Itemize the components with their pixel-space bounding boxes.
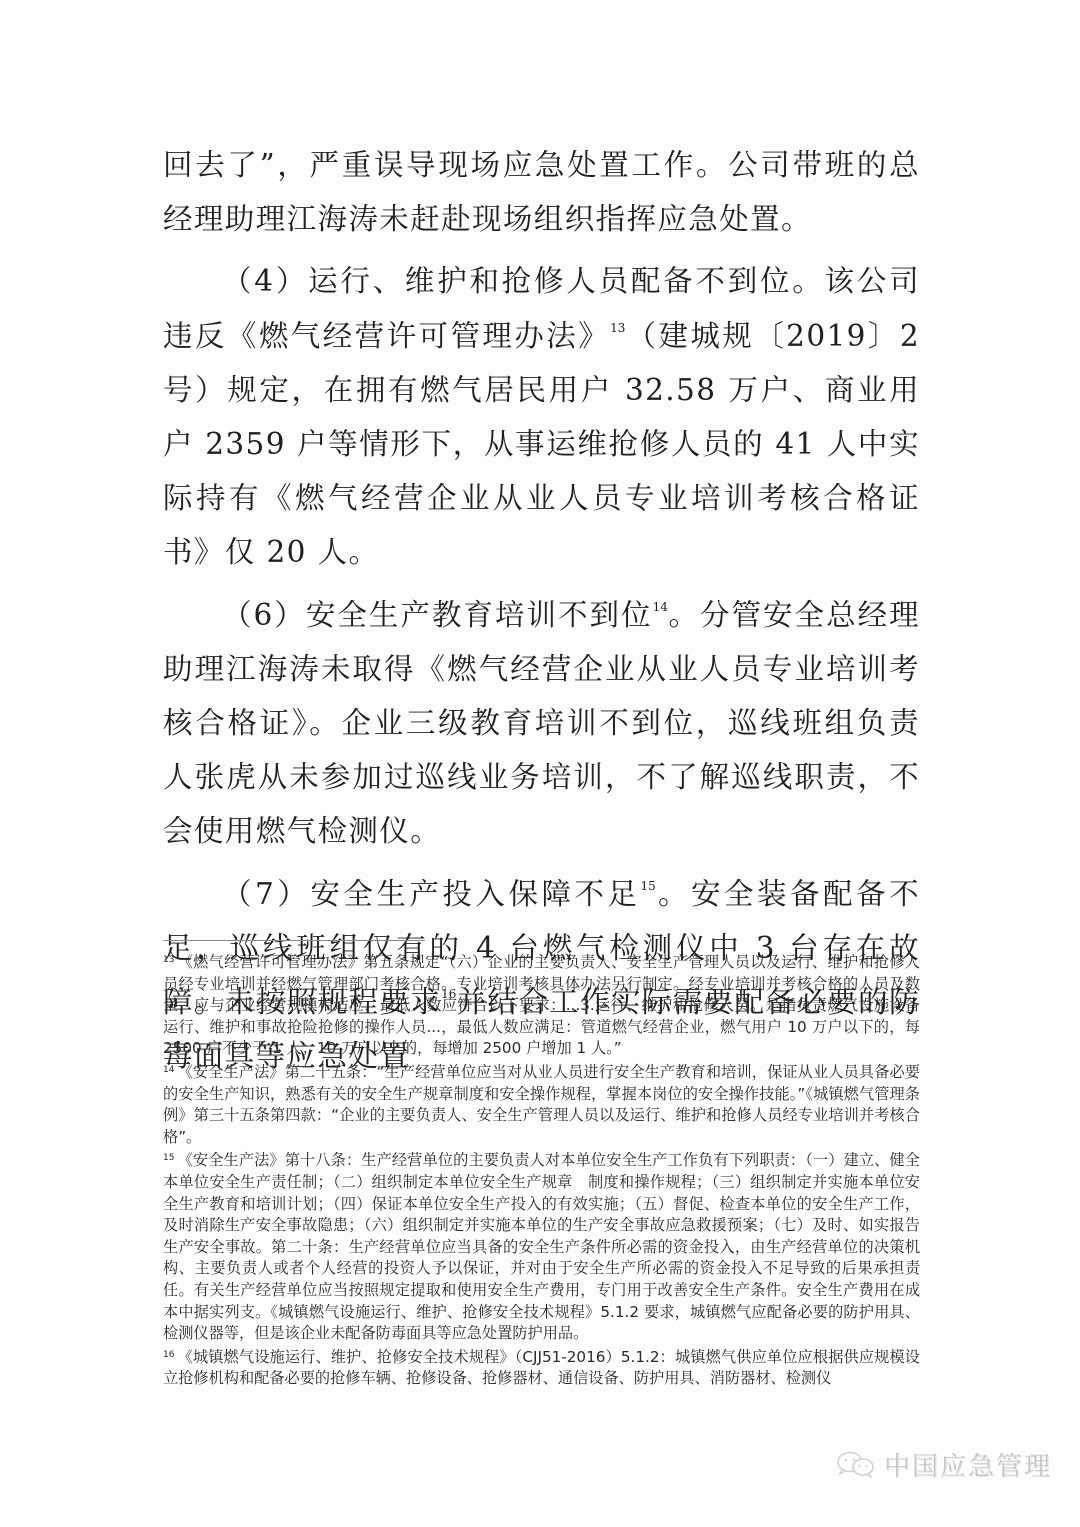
paragraph-continuation: 回去了”，严重误导现场应急处置工作。公司带班的总经理助理江海涛未赶赴现场组织指挥… — [163, 138, 920, 246]
footnote-ref-14[interactable]: 14 — [653, 600, 668, 614]
paragraph-text: （7）安全生产投入保障不足 — [222, 877, 641, 911]
footnote-ref-15[interactable]: 15 — [641, 879, 656, 893]
footnote-15: 15《安全生产法》第十八条：生产经营单位的主要负责人对本单位安全生产工作负有下列… — [163, 1148, 920, 1344]
footnote-text: 《安全生产法》第十八条：生产经营单位的主要负责人对本单位安全生产工作负有下列职责… — [163, 1151, 920, 1342]
paragraph-text: 。分管安全总经理助理江海涛未取得《燃气经营企业从业人员专业培训考核合格证》。企业… — [163, 598, 920, 849]
footnote-13: 13《燃气经营许可管理办法》第五条规定“（六）企业的主要负责人、安全生产管理人员… — [163, 950, 920, 1060]
footnote-text: 《城镇燃气设施运行、维护、抢修安全技术规程》（CJJ51-2016）5.1.2：… — [163, 1348, 920, 1388]
footnotes: 13《燃气经营许可管理办法》第五条规定“（六）企业的主要负责人、安全生产管理人员… — [163, 950, 920, 1390]
wechat-icon — [836, 1451, 876, 1479]
footnote-divider — [163, 940, 425, 941]
footnote-16: 16《城镇燃气设施运行、维护、抢修安全技术规程》（CJJ51-2016）5.1.… — [163, 1345, 920, 1390]
footnote-text: 《燃气经营许可管理办法》第五条规定“（六）企业的主要负责人、安全生产管理人员以及… — [163, 953, 920, 1057]
paragraph-text: 回去了”，严重误导现场应急处置工作。公司带班的总经理助理江海涛未赶赴现场组织指挥… — [163, 148, 920, 236]
body-text: 回去了”，严重误导现场应急处置工作。公司带班的总经理助理江海涛未赶赴现场组织指挥… — [163, 138, 920, 1083]
paragraph-text: （6）安全生产教育培训不到位 — [222, 598, 653, 632]
watermark-text: 中国应急管理 — [884, 1446, 1052, 1483]
footnote-number: 16 — [163, 1350, 174, 1360]
footnote-14: 14《安全生产法》第二十五条：“生产经营单位应当对从业人员进行安全生产教育和培训… — [163, 1060, 920, 1148]
watermark: 中国应急管理 — [836, 1446, 1052, 1483]
footnote-number: 14 — [163, 1065, 174, 1075]
footnote-number: 15 — [163, 1153, 174, 1163]
paragraph-item-4: （4）运行、维护和抢修人员配备不到位。该公司违反《燃气经营许可管理办法》13（建… — [163, 254, 920, 579]
paragraph-text: （建城规〔2019〕2号）规定，在拥有燃气居民用户 32.58 万户、商业用户 … — [163, 319, 920, 570]
footnote-text: 《安全生产法》第二十五条：“生产经营单位应当对从业人员进行安全生产教育和培训，保… — [163, 1063, 920, 1146]
footnote-ref-13[interactable]: 13 — [610, 321, 625, 335]
paragraph-item-6: （6）安全生产教育培训不到位14。分管安全总经理助理江海涛未取得《燃气经营企业从… — [163, 588, 920, 859]
footnote-number: 13 — [163, 955, 174, 965]
document-page: 回去了”，严重误导现场应急处置工作。公司带班的总经理助理江海涛未赶赴现场组织指挥… — [0, 0, 1080, 1527]
